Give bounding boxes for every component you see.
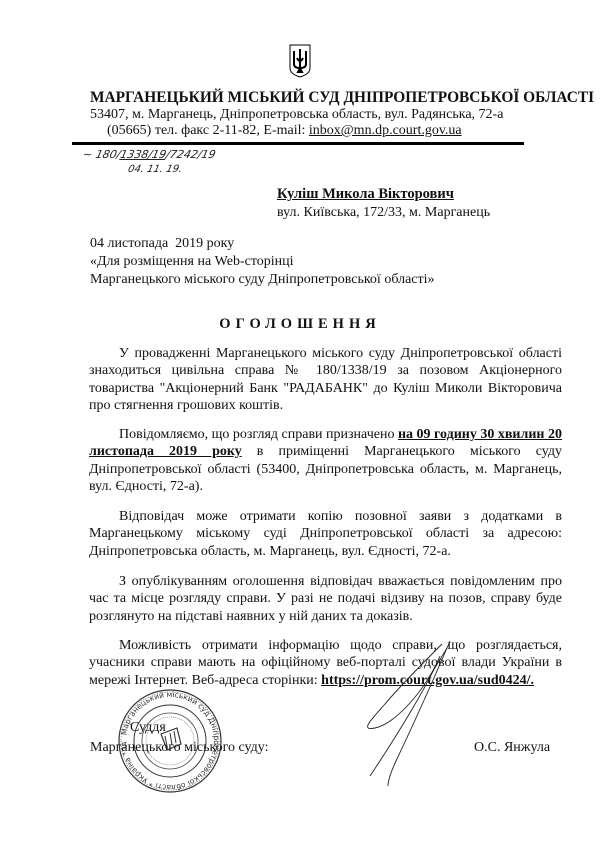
ref-suffix: /7242/19 [165, 148, 217, 161]
purpose-line-2: Марганецького міського суду Дніпропетров… [90, 272, 435, 288]
judge-label: Суддя [130, 720, 166, 736]
trident-coat-of-arms-icon [289, 44, 311, 78]
court-name: МАРГАНЕЦЬКИЙ МІСЬКИЙ СУД ДНІПРОПЕТРОВСЬК… [90, 89, 570, 107]
handwritten-date: 04. 11. 19. [127, 164, 183, 175]
p2-start: Повідомляємо, що розгляд справи призначе… [119, 427, 398, 442]
judge-court-label: Марганецького міського суду: [90, 740, 269, 756]
paragraph-case-info: У провадженні Марганецького міського суд… [89, 345, 562, 414]
document-title: ОГОЛОШЕННЯ [0, 316, 600, 333]
recipient-name: Куліш Микола Вікторович [277, 186, 454, 203]
paragraph-copy-claim: Відповідач може отримати копію позовної … [89, 508, 562, 560]
document-date: 04 листопада 2019 року [90, 236, 234, 252]
judge-name: О.С. Янжула [474, 740, 550, 756]
ref-case-number: 1338/19 [119, 148, 167, 161]
header-divider [72, 142, 524, 145]
judge-signature [330, 636, 510, 796]
purpose-line-1: «Для розміщення на Web-сторінці [90, 254, 294, 270]
paragraph-hearing-date: Повідомляємо, що розгляд справи призначе… [89, 426, 562, 495]
document-page: МАРГАНЕЦЬКИЙ МІСЬКИЙ СУД ДНІПРОПЕТРОВСЬК… [0, 0, 600, 850]
handwritten-registration-number: ~ 180/1338/19/7242/19 [82, 148, 217, 161]
paragraph-notification: З опублікуванням оголошення відповідач в… [89, 573, 562, 625]
court-address: 53407, м. Марганець, Дніпропетровська об… [90, 107, 503, 123]
email-link[interactable]: inbox@mn.dp.court.gov.ua [309, 123, 462, 138]
phone-fax: (05665) тел. факс 2-11-82, E-mail: [107, 123, 309, 138]
court-contacts: (05665) тел. факс 2-11-82, E-mail: inbox… [107, 123, 462, 139]
recipient-address: вул. Київська, 172/33, м. Марганець [277, 205, 490, 221]
ref-prefix: ~ 180/ [82, 148, 122, 161]
